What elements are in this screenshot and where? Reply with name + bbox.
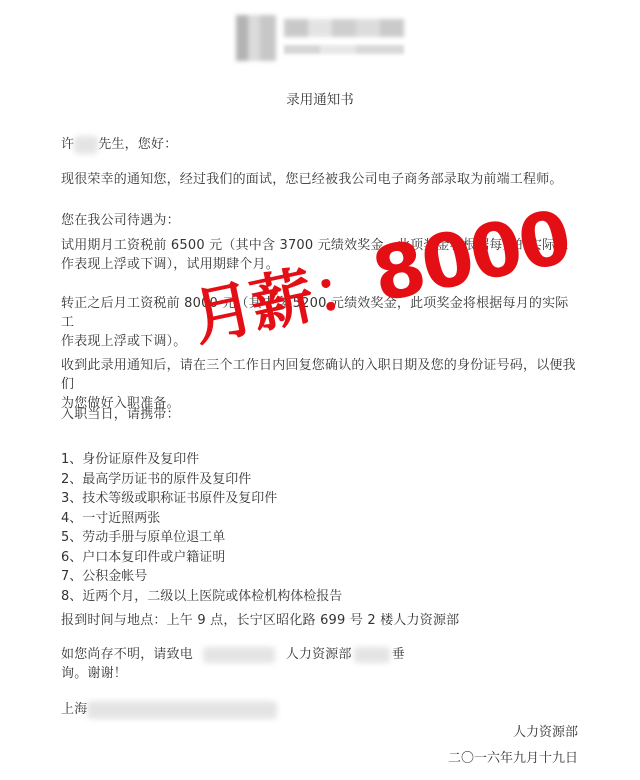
list-item: 1、身份证原件及复印件: [61, 450, 342, 470]
offer-letter-page: 录用通知书 许先生，您好： 现很荣幸的通知您，经过我们的面试，您已经被我公司电子…: [0, 0, 640, 780]
company-name-redacted: [87, 701, 277, 719]
contact-paragraph: 如您尚存不明，请致电 人力资源部垂 询。谢谢！: [61, 645, 581, 683]
bring-heading: 入职当日，请携带：: [61, 405, 581, 424]
phone-redacted: [203, 647, 275, 663]
list-item: 7、公积金帐号: [61, 567, 342, 587]
signature-department: 人力资源部: [513, 721, 578, 740]
treatment-heading: 您在我公司待遇为：: [61, 211, 581, 230]
greeting: 许先生，您好：: [61, 135, 581, 154]
intro-paragraph: 现很荣幸的通知您，经过我们的面试，您已经被我公司电子商务部录取为前端工程师。: [61, 170, 581, 189]
signature-date: 二〇一六年九月十九日: [448, 747, 578, 766]
probation-paragraph: 试用期月工资税前 6500 元（其中含 3700 元绩效奖金，此项奖金将根据每月…: [61, 236, 581, 274]
report-time-location: 报到时间与地点：上午 9 点，长宁区昭化路 699 号 2 楼人力资源部: [61, 611, 581, 630]
list-item: 2、最高学历证书的原件及复印件: [61, 470, 342, 490]
document-title: 录用通知书: [0, 88, 640, 108]
list-item: 8、近两个月，二级以上医院或体检机构体检报告: [61, 587, 342, 607]
list-item: 3、技术等级或职称证书原件及复印件: [61, 489, 342, 509]
bring-list: 1、身份证原件及复印件 2、最高学历证书的原件及复印件 3、技术等级或职称证书原…: [61, 450, 342, 606]
name-redacted: [74, 136, 98, 154]
regular-salary-paragraph: 转正之后月工资税前 8000 元（其中含 5200 元绩效奖金，此项奖金将根据每…: [61, 294, 581, 351]
company-line: 上海: [61, 700, 581, 719]
company-name-redacted: [284, 15, 408, 61]
list-item: 4、一寸近照两张: [61, 509, 342, 529]
list-item: 5、劳动手册与原单位退工单: [61, 528, 342, 548]
contact-redacted: [354, 647, 390, 663]
company-logo: [236, 10, 408, 66]
list-item: 6、户口本复印件或户籍证明: [61, 548, 342, 568]
company-logo-icon: [236, 15, 276, 61]
